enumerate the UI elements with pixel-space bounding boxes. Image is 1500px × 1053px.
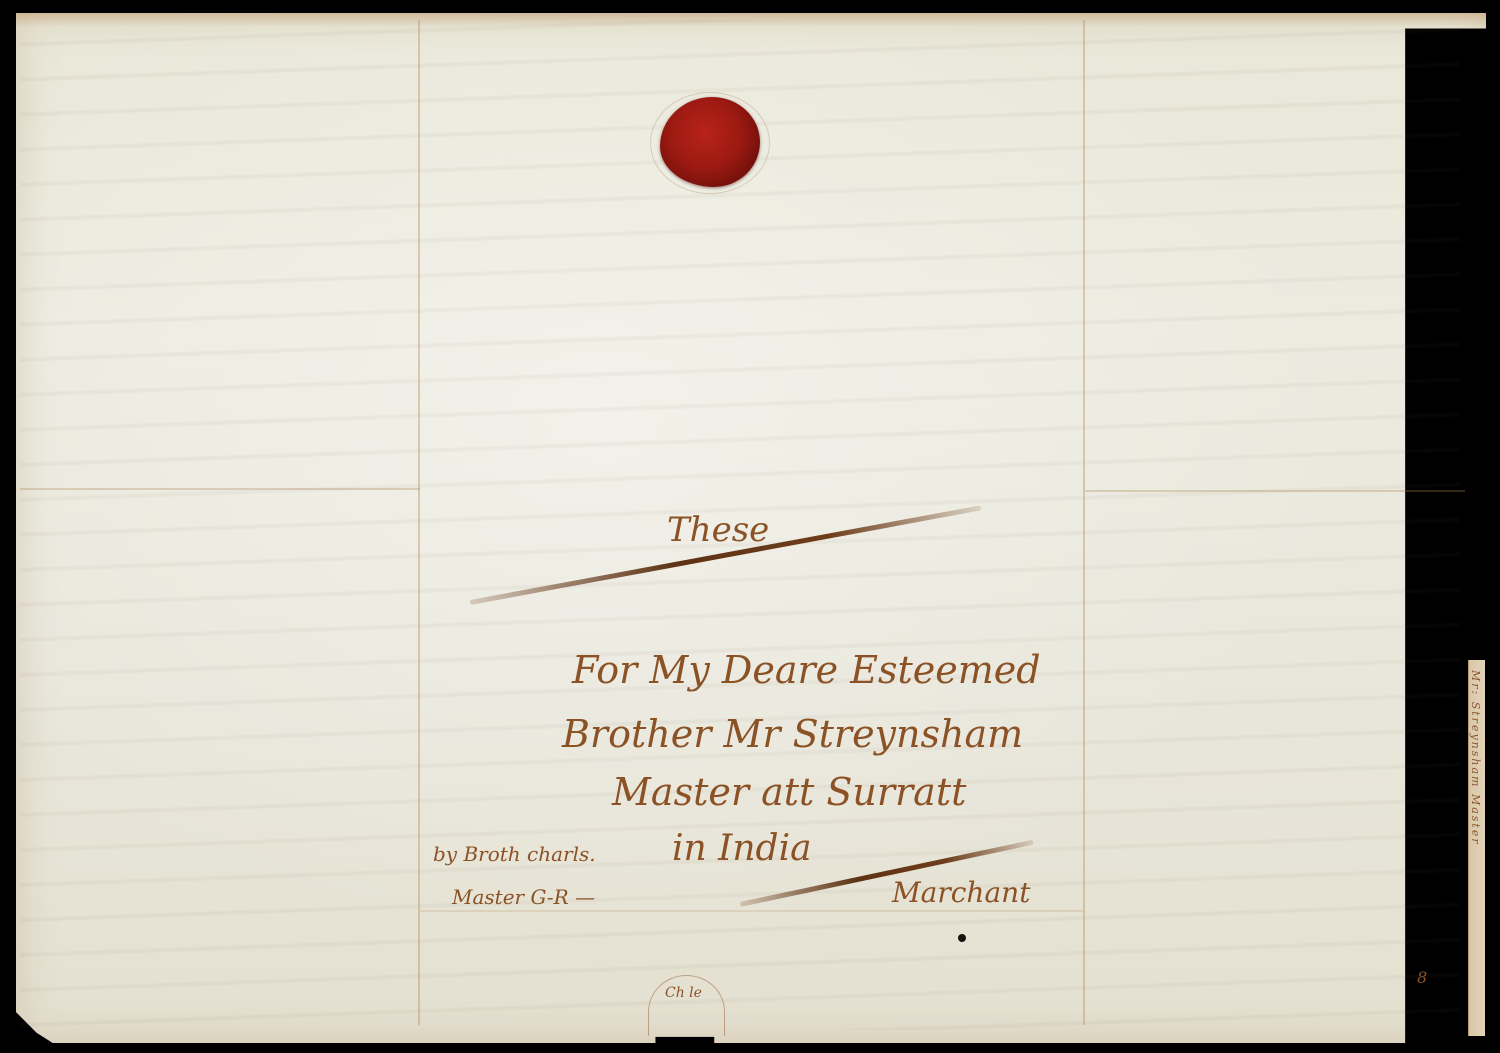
ink-dot	[958, 934, 966, 942]
folio-mark: 8	[1417, 968, 1427, 987]
endorsement-line-1: by Broth charls.	[433, 842, 596, 866]
address-line-2: Brother Mr Streynsham	[562, 712, 1023, 756]
address-line-1: For My Deare Esteemed	[572, 648, 1041, 692]
address-line-3: Master att Surratt	[612, 770, 966, 814]
endorsement-line-2: Master G-R —	[452, 885, 595, 909]
postmark-text: Ch le	[665, 985, 702, 1001]
address-heading: These	[667, 510, 769, 550]
right-edge-strip-text: Mr: Streynsham Master	[1470, 670, 1482, 1030]
fold-line-horizontal-right	[1085, 490, 1465, 492]
address-line-4: in India	[672, 828, 812, 869]
fold-line-right	[1083, 20, 1085, 1025]
signature: Marchant	[892, 876, 1030, 909]
wax-seal-icon	[660, 97, 760, 187]
fold-line-horizontal-left	[20, 488, 420, 490]
fold-line-horizontal-bottom	[420, 910, 1083, 912]
fold-line-left	[418, 20, 420, 1025]
